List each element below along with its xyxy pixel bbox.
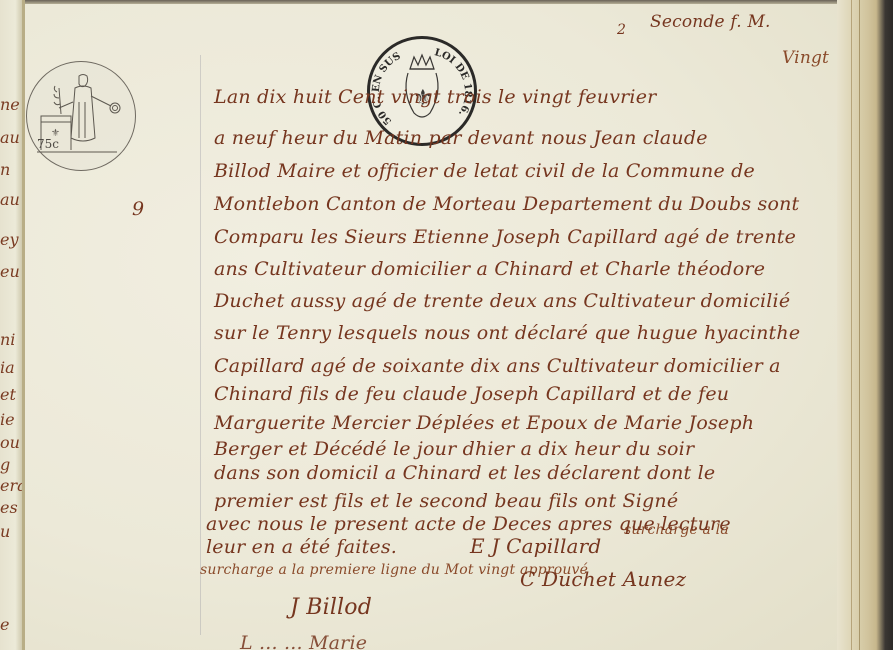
left-fragment: et [0, 385, 16, 404]
left-fragment: ia [0, 358, 15, 377]
record-line: dans son domicil a Chinard et les déclar… [214, 462, 715, 484]
record-line: premier est fils et le second beau fils … [214, 490, 678, 512]
left-fragment: era [0, 476, 22, 495]
record-line: Chinard fils de feu claude Joseph Capill… [214, 383, 729, 405]
book-page-stack-edge [837, 0, 893, 650]
record-line: sur le Tenry lesquels nous ont déclaré q… [214, 322, 800, 344]
record-line: Duchet aussy agé de trente deux ans Cult… [214, 290, 790, 312]
record-line: Lan dix huit Cent vingt trois le vingt f… [214, 86, 656, 108]
left-fragment: au [0, 190, 20, 209]
left-fragment: e [0, 615, 9, 634]
left-fragment: eu [0, 262, 20, 281]
signature-duchet: C Duchet Aunez [520, 567, 686, 591]
record-line: a neuf heur du Matin par devant nous Jea… [214, 127, 708, 149]
left-fragment: u [0, 522, 10, 541]
margin-entry-number: 9 [132, 198, 144, 220]
record-line: avec nous le present acte de Deces apres… [206, 513, 731, 535]
record-line: Montlebon Canton de Morteau Departement … [214, 193, 799, 215]
stamp-value: 75c [37, 137, 59, 151]
page-number: 2 [617, 22, 626, 38]
embossed-figure-stamp: ⚜ 75c [26, 61, 136, 171]
record-line: Capillard agé de soixante dix ans Cultiv… [214, 355, 781, 377]
margin-rule-line [200, 55, 201, 635]
record-line: Berger et Décédé le jour dhier a dix heu… [214, 438, 694, 460]
record-line: Billod Maire et officier de letat civil … [214, 160, 755, 182]
left-fragment: ie [0, 410, 15, 429]
left-fragment: ni [0, 330, 15, 349]
left-fragment: ne [0, 95, 20, 114]
left-facing-page-edge: ne au n au ey eu ni ia et ie ou g era es… [0, 0, 22, 650]
left-fragment: au [0, 128, 20, 147]
record-line: ans Cultivateur domicilier a Chinard et … [214, 258, 765, 280]
standing-figure-icon: ⚜ [27, 62, 135, 170]
record-line: Comparu les Sieurs Etienne Joseph Capill… [214, 226, 796, 248]
record-line: leur en a été faites. [206, 536, 397, 558]
signature-billod: J Billod [290, 595, 372, 620]
next-entry-fragment: L ... ... Marie [240, 632, 367, 650]
left-fragment: ou [0, 433, 20, 452]
left-fragment: ey [0, 230, 19, 249]
left-fragment: g [0, 455, 10, 474]
left-fragment: n [0, 160, 10, 179]
record-line: Marguerite Mercier Déplées et Epoux de M… [214, 412, 754, 434]
signature-capillard: E J Capillard [470, 534, 601, 558]
header-note: Seconde f. M. [650, 12, 771, 32]
left-fragment: es [0, 498, 18, 517]
insertion-word: Vingt [782, 48, 829, 68]
